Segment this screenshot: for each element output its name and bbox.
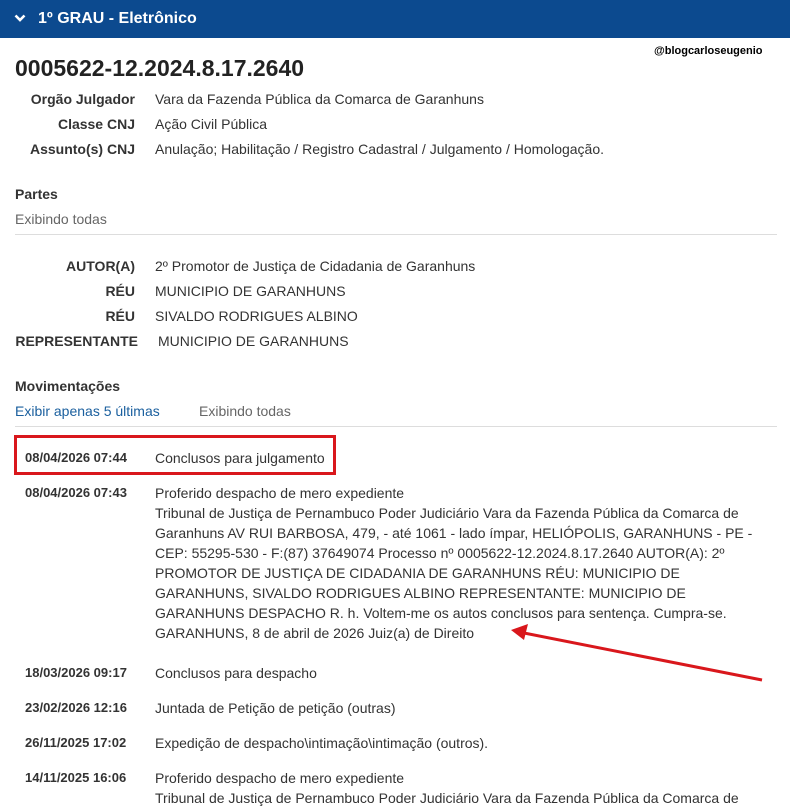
- parties-filter-label: Exibindo todas: [15, 211, 107, 227]
- movement-description: Conclusos para despacho: [155, 663, 755, 683]
- field-value: Vara da Fazenda Pública da Comarca de Ga…: [155, 91, 484, 107]
- movement-description: Expedição de despacho\intimação\intimaçã…: [155, 733, 755, 753]
- party-name: MUNICIPIO DE GARANHUNS: [158, 333, 349, 349]
- party-name: SIVALDO RODRIGUES ALBINO: [155, 308, 358, 324]
- party-role: RÉU: [105, 308, 135, 324]
- movement-title: Proferido despacho de mero expediente: [155, 768, 755, 788]
- party-role: REPRESENTANTE: [15, 333, 138, 349]
- movement-title: Proferido despacho de mero expediente: [155, 483, 755, 503]
- movement-title: Expedição de despacho\intimação\intimaçã…: [155, 733, 755, 753]
- movement-date: 23/02/2026 12:16: [25, 700, 127, 715]
- movement-date: 08/04/2026 07:43: [25, 485, 127, 500]
- section-header-1grau[interactable]: 1º GRAU - Eletrônico: [0, 0, 790, 38]
- section-header-title: 1º GRAU - Eletrônico: [38, 10, 197, 28]
- watermark: @blogcarloseugenio: [654, 45, 763, 57]
- movement-description: Proferido despacho de mero expediente Tr…: [155, 483, 755, 643]
- movement-date: 26/11/2025 17:02: [25, 735, 126, 750]
- field-label: Assunto(s) CNJ: [30, 141, 135, 157]
- process-number: 0005622-12.2024.8.17.2640: [15, 55, 304, 82]
- show-last-5-link[interactable]: Exibir apenas 5 últimas: [15, 403, 160, 419]
- movements-title: Movimentações: [15, 378, 120, 394]
- field-label: Classe CNJ: [58, 116, 135, 132]
- movement-date: 18/03/2026 09:17: [25, 665, 127, 680]
- field-label: Orgão Julgador: [31, 91, 135, 107]
- field-value: Ação Civil Pública: [155, 116, 267, 132]
- movement-description: Proferido despacho de mero expediente Tr…: [155, 768, 755, 808]
- field-value: Anulação; Habilitação / Registro Cadastr…: [155, 141, 604, 157]
- party-role: AUTOR(A): [66, 258, 135, 274]
- party-name: MUNICIPIO DE GARANHUNS: [155, 283, 346, 299]
- movement-description: Juntada de Petição de petição (outras): [155, 698, 755, 718]
- party-name: 2º Promotor de Justiça de Cidadania de G…: [155, 258, 475, 274]
- movement-title: Juntada de Petição de petição (outras): [155, 698, 755, 718]
- parties-title: Partes: [15, 186, 58, 202]
- chevron-down-icon: [14, 12, 26, 24]
- divider: [15, 234, 777, 235]
- showing-all-label: Exibindo todas: [199, 403, 291, 419]
- movement-title: Conclusos para despacho: [155, 663, 755, 683]
- movement-body: Tribunal de Justiça de Pernambuco Poder …: [155, 503, 755, 643]
- divider: [15, 426, 777, 427]
- party-role: RÉU: [105, 283, 135, 299]
- highlight-box-annotation: [14, 435, 336, 475]
- movement-date: 14/11/2025 16:06: [25, 770, 126, 785]
- movement-body: Tribunal de Justiça de Pernambuco Poder …: [155, 788, 755, 808]
